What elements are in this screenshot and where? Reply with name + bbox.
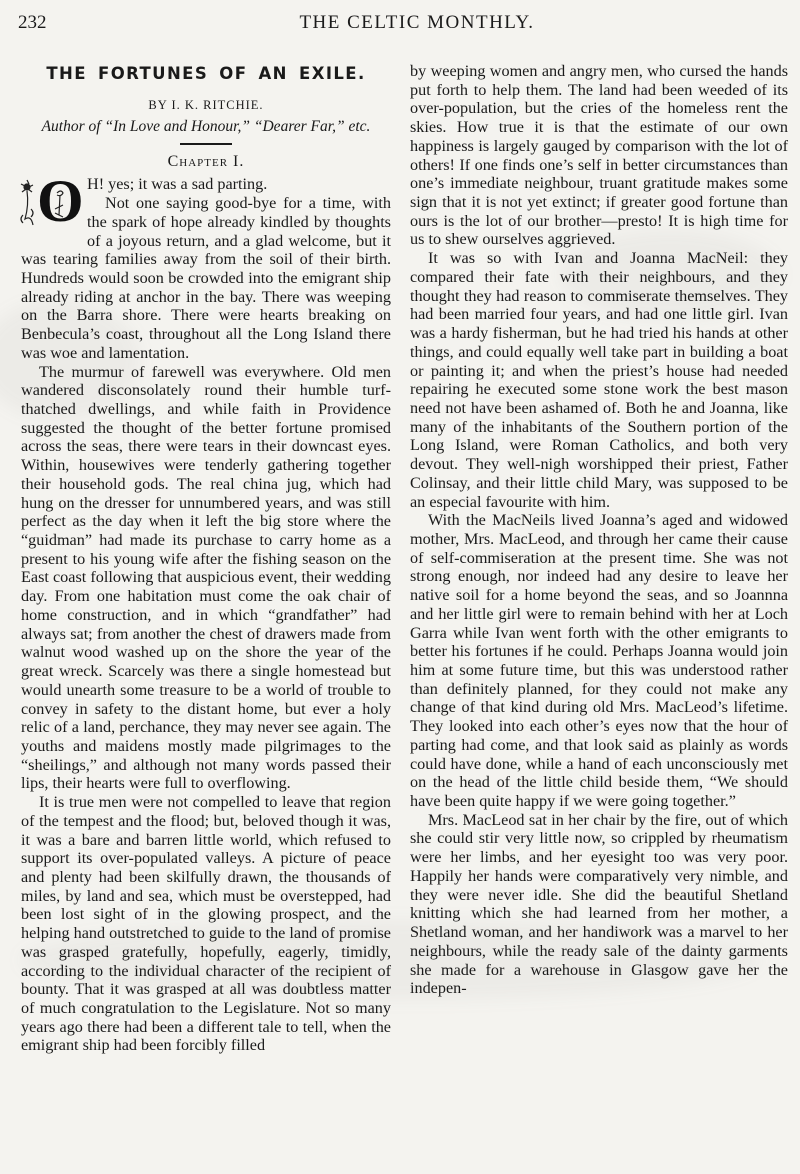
running-head: 232 THE CELTIC MONTHLY.	[18, 12, 786, 34]
paragraph-continued: by weeping women and angry men, who curs…	[410, 62, 788, 249]
left-column: THE FORTUNES OF AN EXILE. BY I. K. RITCH…	[21, 62, 391, 1055]
drop-cap: O	[17, 175, 81, 233]
article-byline: BY I. K. RITCHIE.	[21, 96, 391, 115]
right-column: by weeping women and angry men, who curs…	[410, 62, 788, 998]
article-title: THE FORTUNES OF AN EXILE.	[21, 65, 391, 84]
paragraph: It was so with Ivan and Joanna MacNeil: …	[410, 249, 788, 511]
drop-cap-letter: O	[37, 171, 84, 231]
paragraph: With the MacNeils lived Joanna’s aged an…	[410, 511, 788, 811]
paragraph: Mrs. MacLeod sat in her chair by the fir…	[410, 811, 788, 998]
opening-paragraph: O H! yes; it was a sad parting. Not one …	[21, 175, 391, 362]
paragraph: The murmur of farewell was everywhere. O…	[21, 363, 391, 794]
divider-rule	[180, 143, 232, 145]
magazine-page: 232 THE CELTIC MONTHLY. THE FORTUNES OF …	[0, 0, 800, 1174]
journal-title: THE CELTIC MONTHLY.	[18, 12, 786, 34]
paragraph: It is true men were not compelled to lea…	[21, 793, 391, 1055]
article-subtitle: Author of “In Love and Honour,” “Dearer …	[21, 118, 391, 137]
